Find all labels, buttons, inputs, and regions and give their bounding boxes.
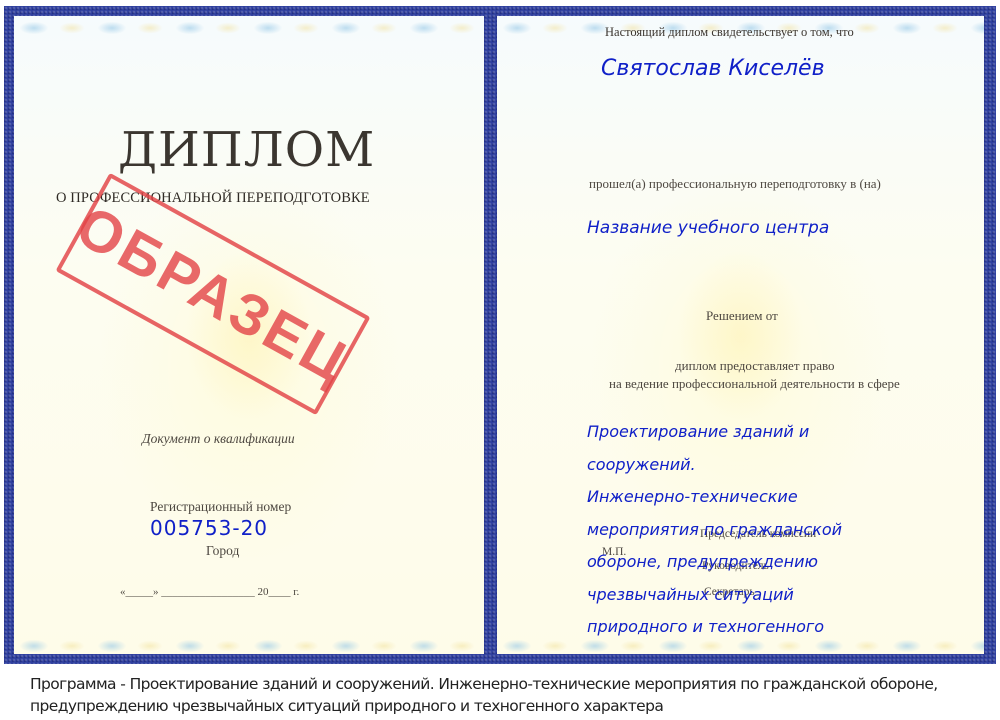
bottom-ornament [14,638,484,652]
holder-name: Святослав Киселёв [601,56,825,81]
completed-training-label: прошел(а) профессиональную переподготовк… [589,176,881,192]
registration-number-label: Регистрационный номер [150,499,291,515]
decision-label: Решением от [706,308,778,324]
sample-stamp-text: ОБРАЗЕЦ [65,192,360,396]
intro-text: Настоящий диплом свидетельствует о том, … [605,25,854,40]
field-line: Инженерно-технические [587,481,887,514]
professional-field: Проектирование зданий и сооружений. Инже… [587,416,887,654]
rights-line-2: на ведение профессиональной деятельности… [609,376,900,392]
diploma-right-page: Настоящий диплом свидетельствует о том, … [497,16,984,654]
date-line: «_____» _________________ 20____ г. [120,586,299,598]
field-line: обороне, предупреждению [587,546,887,579]
program-caption: Программа - Проектирование зданий и соор… [30,673,990,717]
bottom-ornament [497,638,984,652]
top-ornament [14,20,484,34]
sample-stamp: ОБРАЗЕЦ [56,173,371,415]
diploma-left-page: ДИПЛОМ О ПРОФЕССИОНАЛЬНОЙ ПЕРЕПОДГОТОВКЕ… [14,16,484,654]
field-line: мероприятия по гражданской [587,514,887,547]
field-line: чрезвычайных ситуаций [587,579,887,612]
field-line: Проектирование зданий и [587,416,887,449]
institution-name: Название учебного центра [587,218,829,238]
field-line: сооружений. [587,449,887,482]
rights-line-1: диплом предоставляет право [675,358,835,374]
city-label: Город [206,543,239,559]
diploma-title: ДИПЛОМ [118,122,375,178]
document-type-label: Документ о квалификации [142,431,295,447]
registration-number-value: 005753-20 [150,516,268,540]
